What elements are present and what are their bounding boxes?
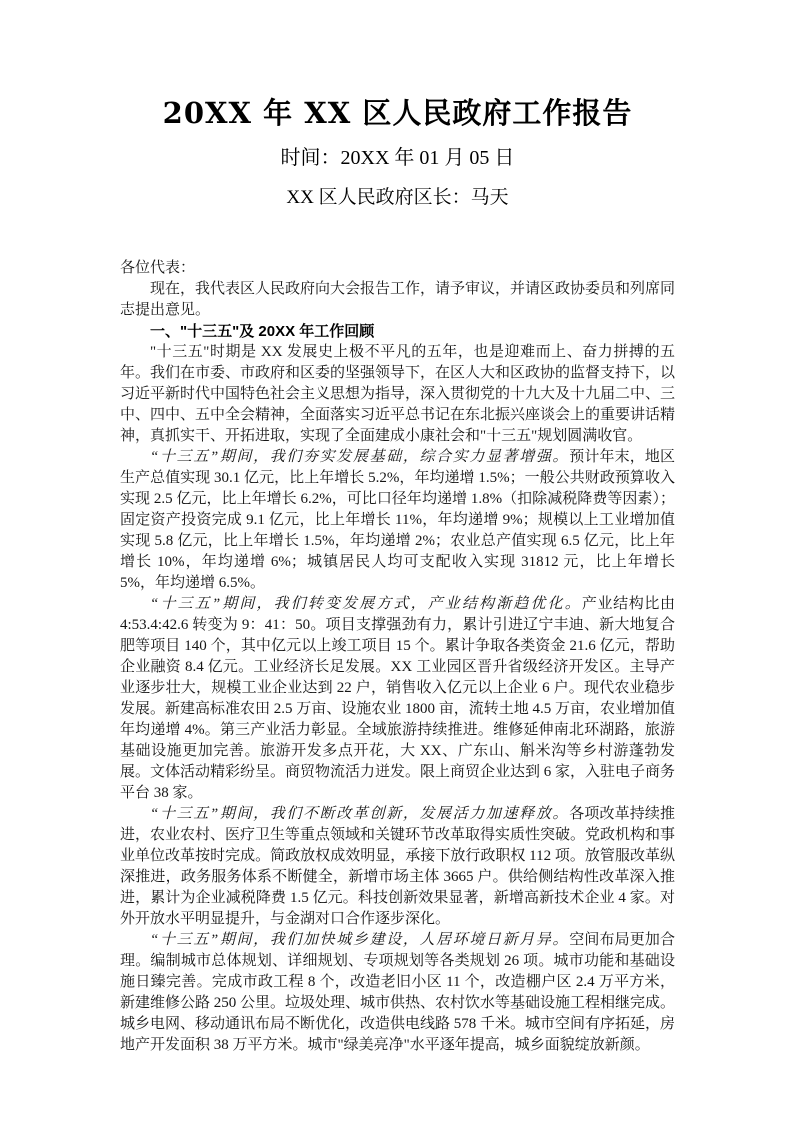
paragraph-industry-structure-text: 产业结构比由 4:53.4:42.6 转变为 9：41：50。项目支撑强劲有力，… (120, 596, 675, 801)
paragraph-reform-innovation-lead: “十三五”期间，我们不断改革创新，发展活力加速释放。 (150, 806, 569, 822)
document-content: 20XX 年 XX 区人民政府工作报告 时间：20XX 年 01 月 05 日 … (0, 0, 793, 1056)
section-heading: 一、"十三五"及 20XX 年工作回顾 (120, 321, 675, 342)
paragraph-reform-innovation: “十三五”期间，我们不断改革创新，发展活力加速释放。各项改革持续推进，农业农村、… (120, 804, 675, 930)
document-body: 各位代表： 现在，我代表区人民政府向大会报告工作，请予审议，并请区政协委员和列席… (120, 258, 675, 1056)
paragraph-economic-strength-text: 预计年末，地区生产总值实现 30.1 亿元，比上年增长 5.2%，年均递增 1.… (120, 449, 675, 591)
paragraph-reform-innovation-text: 各项改革持续推进，农业农村、医疗卫生等重点领域和关键环节改革取得实质性突破。党政… (120, 806, 675, 927)
paragraph-urban-construction: “十三五”期间，我们加快城乡建设，人居环境日新月异。空间布局更加合理。编制城市总… (120, 930, 675, 1056)
paragraph-industry-structure-lead: “十三五”期间，我们转变发展方式，产业结构渐趋优化。 (150, 596, 582, 612)
paragraph-economic-strength: “十三五”期间，我们夯实发展基础，综合实力显著增强。预计年末，地区生产总值实现 … (120, 447, 675, 594)
document-title: 20XX 年 XX 区人民政府工作报告 (120, 96, 675, 130)
document-leader-line: XX 区人民政府区长：马天 (120, 186, 675, 210)
document-page: 20XX 年 XX 区人民政府工作报告 时间：20XX 年 01 月 05 日 … (0, 0, 793, 1122)
intro-paragraph: 现在，我代表区人民政府向大会报告工作，请予审议，并请区政协委员和列席同志提出意见… (120, 279, 675, 321)
document-date-line: 时间：20XX 年 01 月 05 日 (120, 146, 675, 170)
paragraph-urban-construction-lead: “十三五”期间，我们加快城乡建设，人居环境日新月异。 (150, 932, 569, 948)
paragraph-review-overview-text: "十三五"时期是 XX 发展史上极不平凡的五年，也是迎难而上、奋力拼搏的五年。我… (120, 344, 675, 444)
paragraph-review-overview: "十三五"时期是 XX 发展史上极不平凡的五年，也是迎难而上、奋力拼搏的五年。我… (120, 342, 675, 447)
salutation: 各位代表： (120, 258, 675, 279)
paragraph-urban-construction-text: 空间布局更加合理。编制城市总体规划、详细规划、专项规划等各类规划 26 项。城市… (120, 932, 675, 1053)
paragraph-economic-strength-lead: “十三五”期间，我们夯实发展基础，综合实力显著增强。 (150, 449, 569, 465)
paragraph-industry-structure: “十三五”期间，我们转变发展方式，产业结构渐趋优化。产业结构比由 4:53.4:… (120, 594, 675, 804)
